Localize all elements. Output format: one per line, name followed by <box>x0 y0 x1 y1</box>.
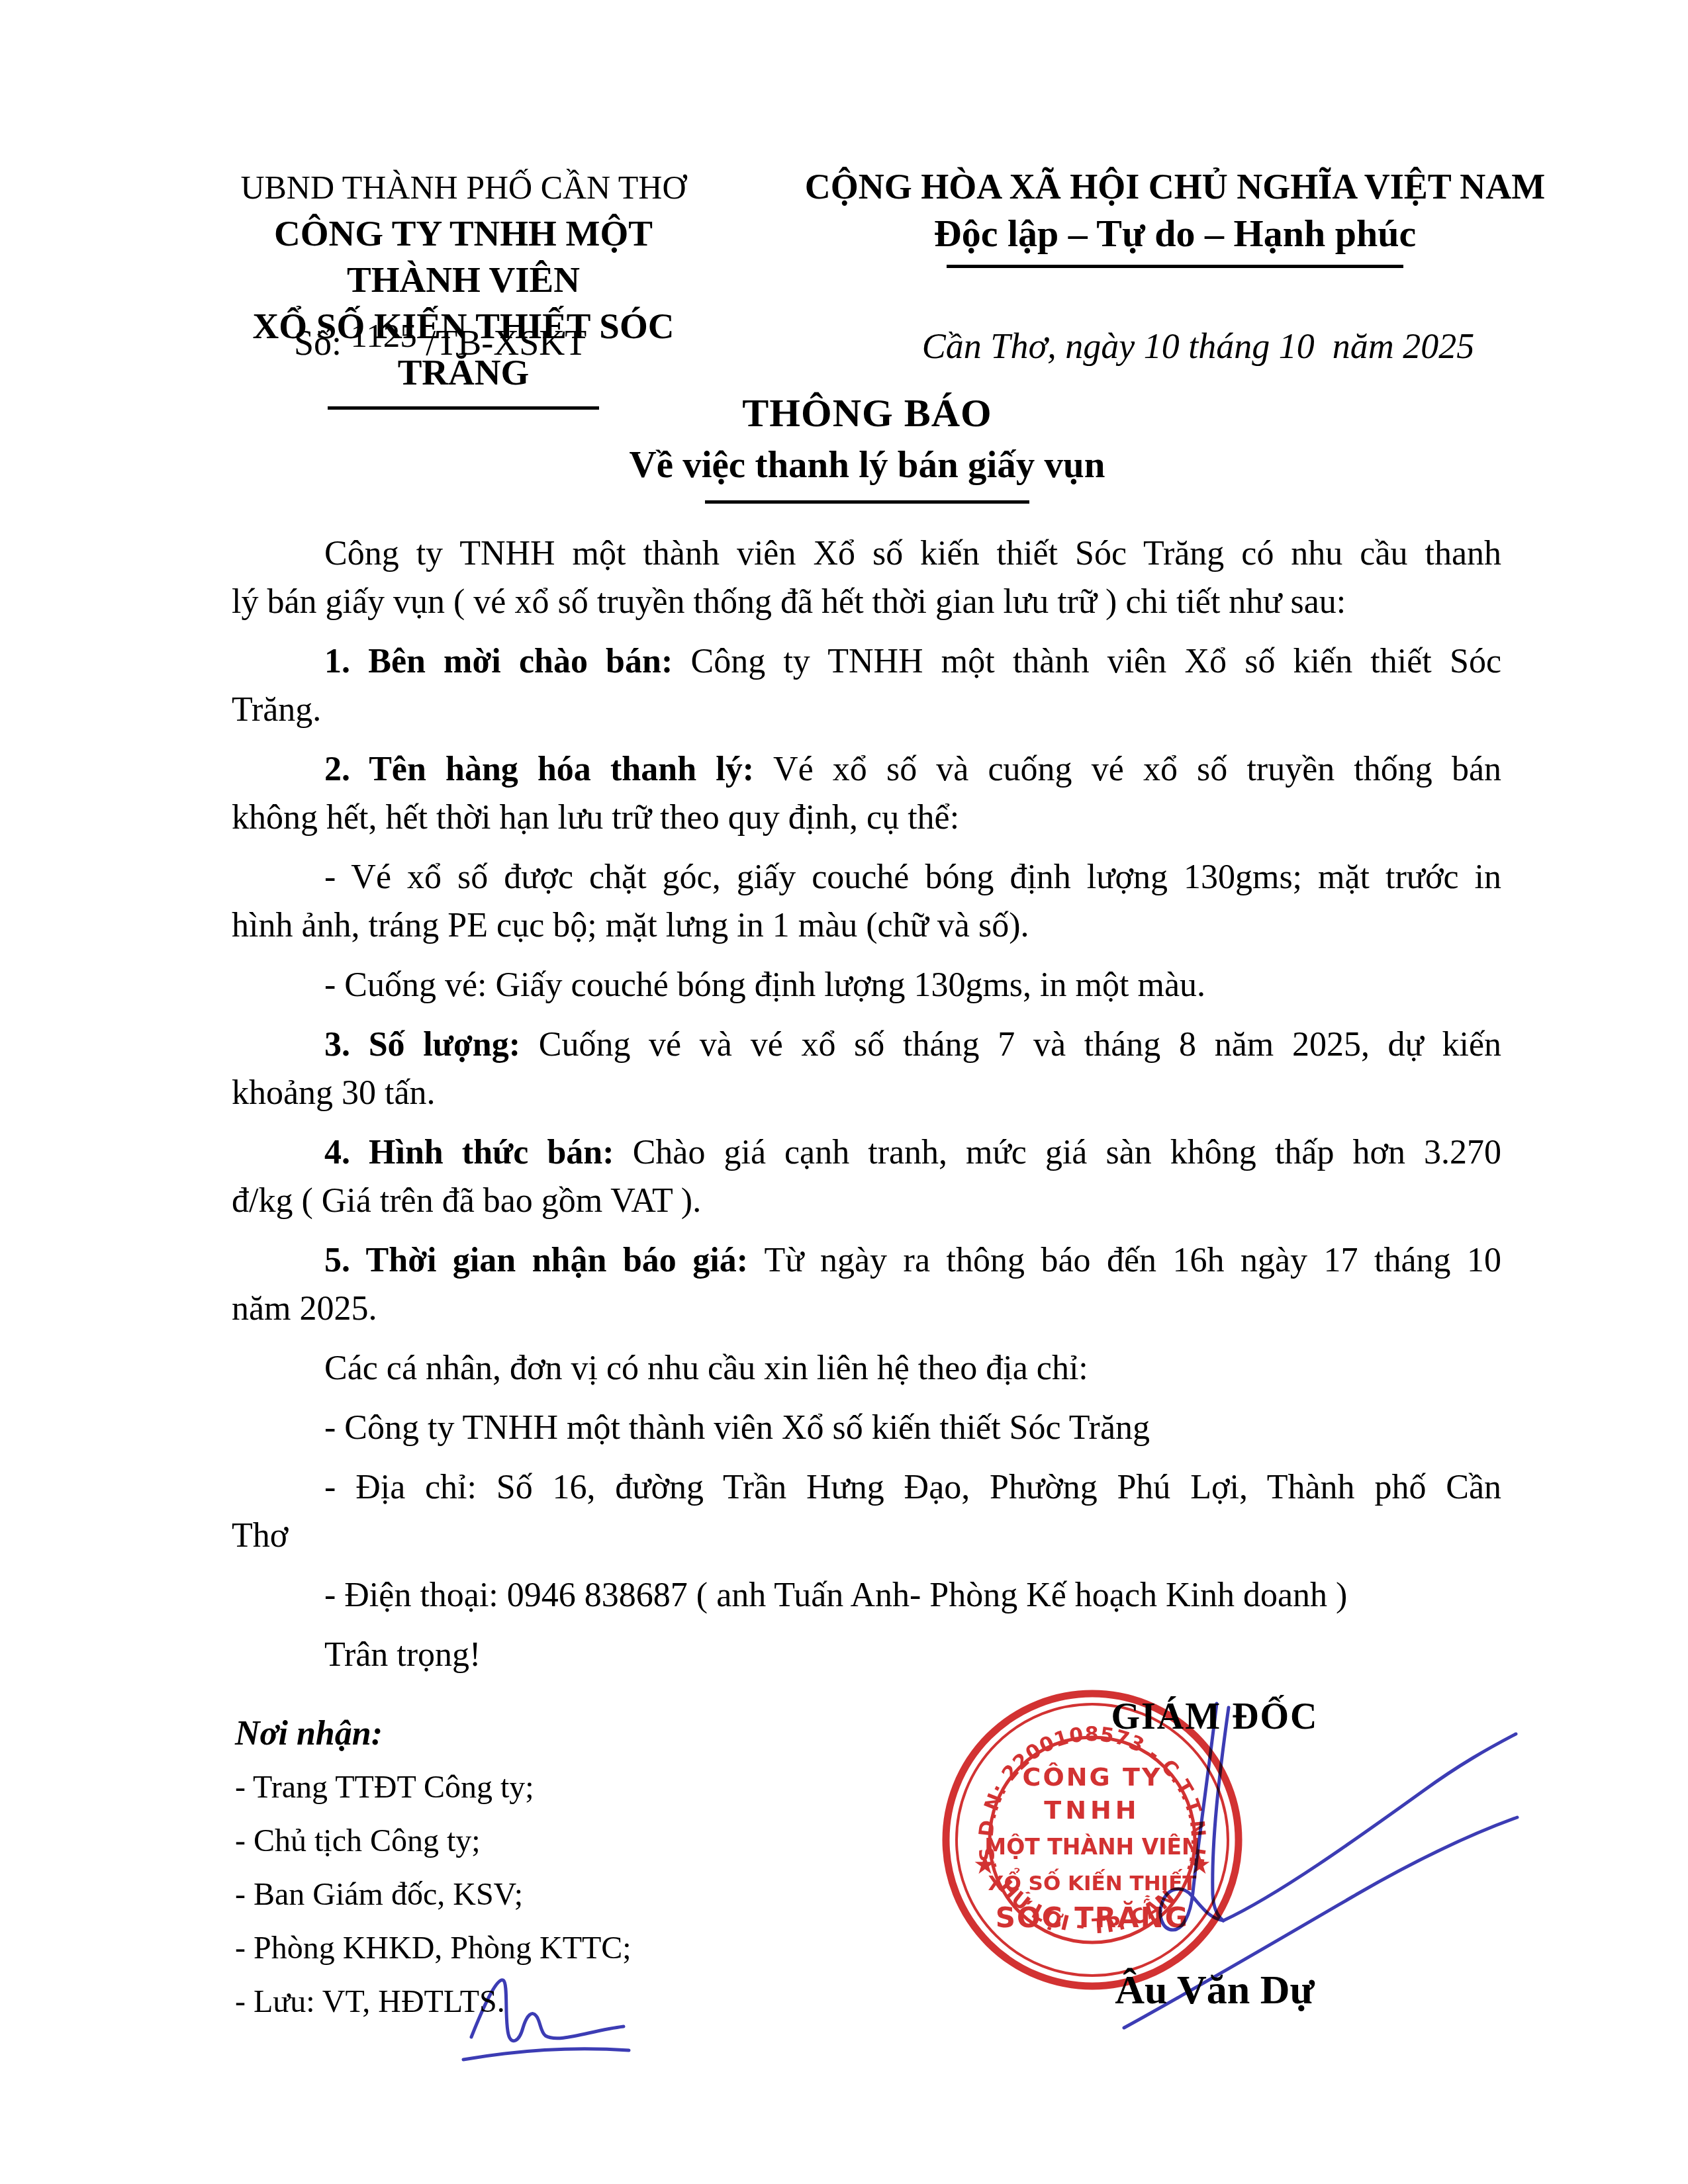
document-page: UBND THÀNH PHỐ CẦN THƠ CÔNG TY TNHH MỘT … <box>0 0 1688 2184</box>
initials-paraph-underline <box>463 2049 629 2060</box>
initials-paraph <box>471 1980 624 2041</box>
signature-ink <box>0 0 1688 2184</box>
signature-loop-stroke-2 <box>1213 1707 1229 1921</box>
signature-tail-upper <box>1223 1734 1516 1921</box>
